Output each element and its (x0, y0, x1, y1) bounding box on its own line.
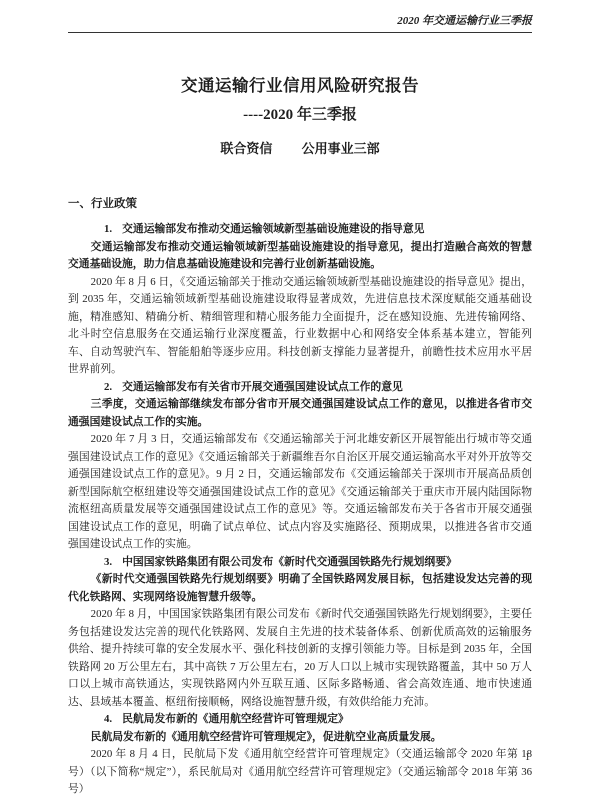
item-2-paragraph: 2020 年 7 月 3 日，交通运输部发布《交通运输部关于河北雄安新区开展智能… (68, 431, 532, 554)
document-title: 交通运输行业信用风险研究报告 (68, 75, 532, 97)
item-3-number: 3. (104, 554, 112, 572)
page-number: 1 (525, 751, 530, 765)
item-4-summary: 民航局发布新的《通用航空经营许可管理规定》，促进航空业高质量发展。 (68, 729, 532, 747)
item-4-heading: 4.民航局发布新的《通用航空经营许可管理规定》 (68, 711, 532, 729)
page-header: 2020 年交通运输行业三季报 (68, 14, 532, 33)
document-subtitle: ----2020 年三季报 (68, 105, 532, 125)
item-2-heading: 2.交通运输部发布有关省市开展交通强国建设试点工作的意见 (68, 379, 532, 397)
section-heading: 一、行业政策 (68, 196, 532, 212)
item-3-title: 中国国家铁路集团有限公司发布《新时代交通强国铁路先行规划纲要》 (122, 556, 457, 568)
item-1-heading: 1.交通运输部发布推动交通运输领域新型基础设施建设的指导意见 (68, 221, 532, 239)
item-2-number: 2. (104, 379, 112, 397)
item-1-number: 1. (104, 221, 112, 239)
byline-organization: 联合资信 (220, 141, 272, 156)
item-3-paragraph: 2020 年 8 月，中国国家铁路集团有限公司发布《新时代交通强国铁路先行规划纲… (68, 606, 532, 711)
page-header-text: 2020 年交通运输行业三季报 (397, 15, 532, 27)
item-1-paragraph: 2020 年 8 月 6 日，《交通运输部关于推动交通运输领域新型基础设施建设的… (68, 274, 532, 379)
item-2-title: 交通运输部发布有关省市开展交通强国建设试点工作的意见 (122, 381, 403, 393)
byline: 联合资信 公用事业三部 (68, 140, 532, 158)
item-4-number: 4. (104, 711, 112, 729)
item-1-summary: 交通运输部发布推动交通运输领域新型基础设施建设的指导意见，提出打造融合高效的智慧… (68, 239, 532, 274)
item-4-title: 民航局发布新的《通用航空经营许可管理规定》 (122, 713, 349, 725)
document-page: 2020 年交通运输行业三季报 交通运输行业信用风险研究报告 ----2020 … (0, 0, 600, 800)
item-3-heading: 3.中国国家铁路集团有限公司发布《新时代交通强国铁路先行规划纲要》 (68, 554, 532, 572)
document-body: 1.交通运输部发布推动交通运输领域新型基础设施建设的指导意见 交通运输部发布推动… (68, 221, 532, 799)
item-4-paragraph: 2020 年 8 月 4 日，民航局下发《通用航空经营许可管理规定》（交通运输部… (68, 746, 532, 799)
item-1-title: 交通运输部发布推动交通运输领域新型基础设施建设的指导意见 (122, 223, 424, 235)
item-2-summary: 三季度，交通运输部继续发布部分省市开展交通强国建设试点工作的意见，以推进各省市交… (68, 396, 532, 431)
byline-department: 公用事业三部 (302, 141, 380, 156)
item-3-summary: 《新时代交通强国铁路先行规划纲要》明确了全国铁路网发展目标，包括建设发达完善的现… (68, 571, 532, 606)
